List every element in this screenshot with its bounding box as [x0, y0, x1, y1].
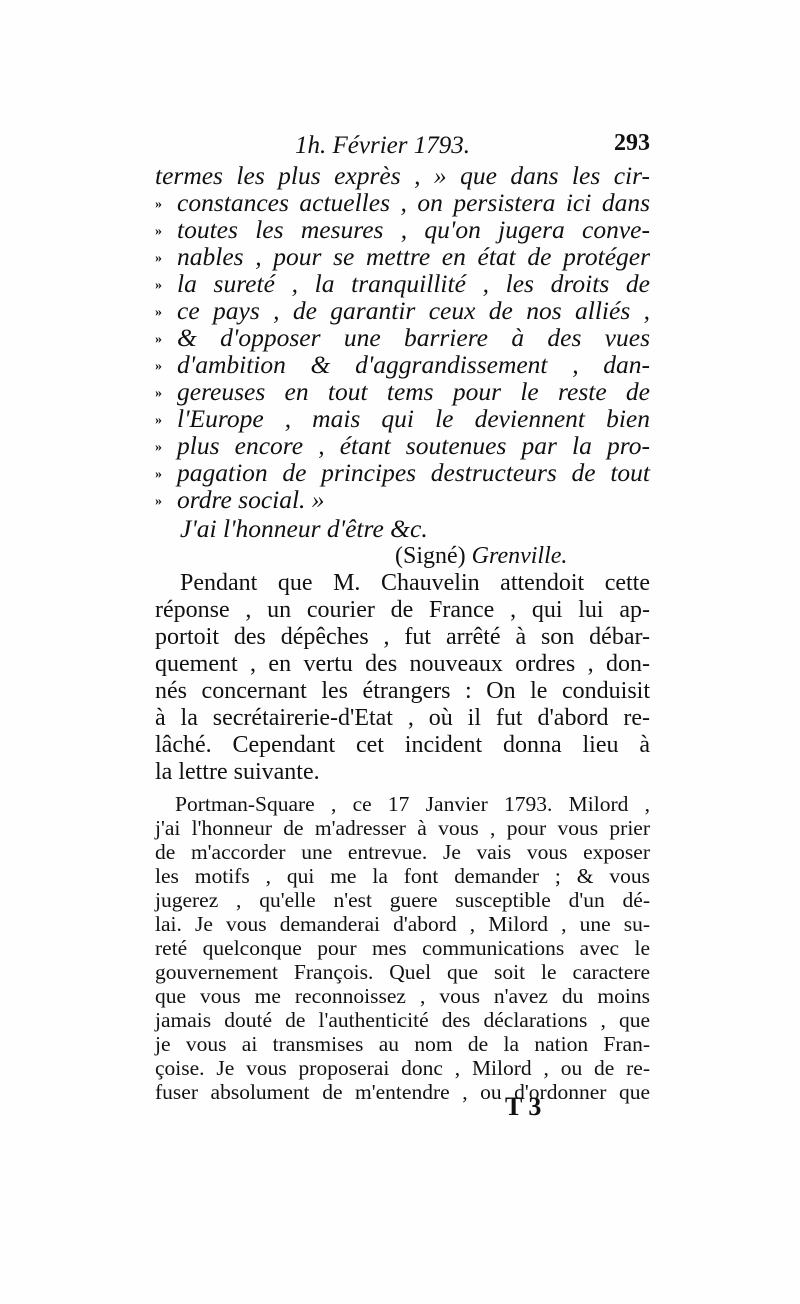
- guillemet-mark: »: [155, 272, 177, 300]
- letter-line: de m'accorder une entrevue. Je vais vous…: [155, 840, 650, 864]
- quoted-line: termes les plus exprès , » que dans les …: [155, 162, 650, 190]
- signature-name: Grenville.: [472, 543, 568, 569]
- letter-line: jamais douté de l'authenticité des décla…: [155, 1008, 650, 1032]
- guillemet-mark: »: [155, 299, 177, 327]
- letter-line: fuser absolument de m'entendre , ou d'or…: [155, 1080, 650, 1104]
- letter-line: je vous ai transmises au nom de la natio…: [155, 1032, 650, 1056]
- letter-line: jugerez , qu'elle n'est guere susceptibl…: [155, 888, 650, 912]
- running-head: 1h. Février 1793.: [295, 132, 470, 160]
- paragraph-line: la lettre suivante.: [155, 759, 650, 786]
- paragraph-line: lâché. Cependant cet incident donna lieu…: [155, 732, 650, 759]
- quoted-line: »plus encore , étant soutenues par la pr…: [155, 432, 650, 460]
- letter-line: j'ai l'honneur de m'adresser à vous , po…: [155, 816, 650, 840]
- quoted-line: »ce pays , de garantir ceux de nos allié…: [155, 297, 650, 325]
- guillemet-mark: »: [155, 245, 177, 273]
- quoted-line: »l'Europe , mais qui le deviennent bien: [155, 405, 650, 433]
- guillemet-mark: »: [155, 488, 177, 516]
- letter-line: lai. Je vous demanderai d'abord , Milord…: [155, 912, 650, 936]
- letter-line: Portman-Square , ce 17 Janvier 1793. Mil…: [175, 792, 650, 816]
- letter-line: çoise. Je vous proposerai donc , Milord …: [155, 1056, 650, 1080]
- quoted-line: »la sureté , la tranquillité , les droit…: [155, 270, 650, 298]
- letter-line: gouvernement François. Quel que soit le …: [155, 960, 650, 984]
- paragraph-line: Pendant que M. Chauvelin attendoit cette: [180, 570, 650, 597]
- paragraph-line: réponse , un courier de France , qui lui…: [155, 597, 650, 624]
- signature-prefix: (Signé): [395, 543, 466, 569]
- book-page: 1h. Février 1793. 293 termes les plus ex…: [0, 0, 800, 1304]
- paragraph-line: quement , en vertu des nouveaux ordres ,…: [155, 651, 650, 678]
- guillemet-mark: »: [155, 218, 177, 246]
- guillemet-mark: »: [155, 326, 177, 354]
- guillemet-mark: »: [155, 191, 177, 219]
- quoted-line: »toutes les mesures , qu'on jugera conve…: [155, 216, 650, 244]
- guillemet-mark: »: [155, 407, 177, 435]
- page-header: 1h. Février 1793. 293: [155, 132, 650, 162]
- guillemet-mark: »: [155, 380, 177, 408]
- signature-mark: T 3: [505, 1092, 541, 1122]
- guillemet-mark: »: [155, 461, 177, 489]
- quoted-line: »ordre social. »: [155, 486, 650, 514]
- paragraph-line: à la secrétairerie-d'Etat , où il fut d'…: [155, 705, 650, 732]
- quoted-line: »nables , pour se mettre en état de prot…: [155, 243, 650, 271]
- quoted-line: »& d'opposer une barriere à des vues: [155, 324, 650, 352]
- letter-line: que vous me reconnoissez , vous n'avez d…: [155, 984, 650, 1008]
- quoted-line: »pagation de principes destructeurs de t…: [155, 459, 650, 487]
- page-number: 293: [614, 130, 650, 157]
- paragraph-line: portoit des dépêches , fut arrêté à son …: [155, 624, 650, 651]
- signature: (Signé) Grenville.: [395, 543, 567, 570]
- paragraph-line: nés concernant les étrangers : On le con…: [155, 678, 650, 705]
- letter-line: les motifs , qui me la font demander ; &…: [155, 864, 650, 888]
- quoted-line: »constances actuelles , on persistera ic…: [155, 189, 650, 217]
- closing-formula: J'ai l'honneur d'être &c.: [180, 515, 428, 543]
- quoted-line: »gereuses en tout tems pour le reste de: [155, 378, 650, 406]
- guillemet-mark: »: [155, 434, 177, 462]
- guillemet-mark: »: [155, 353, 177, 381]
- quoted-line: »d'ambition & d'aggrandissement , dan-: [155, 351, 650, 379]
- letter-line: reté quelconque pour mes communications …: [155, 936, 650, 960]
